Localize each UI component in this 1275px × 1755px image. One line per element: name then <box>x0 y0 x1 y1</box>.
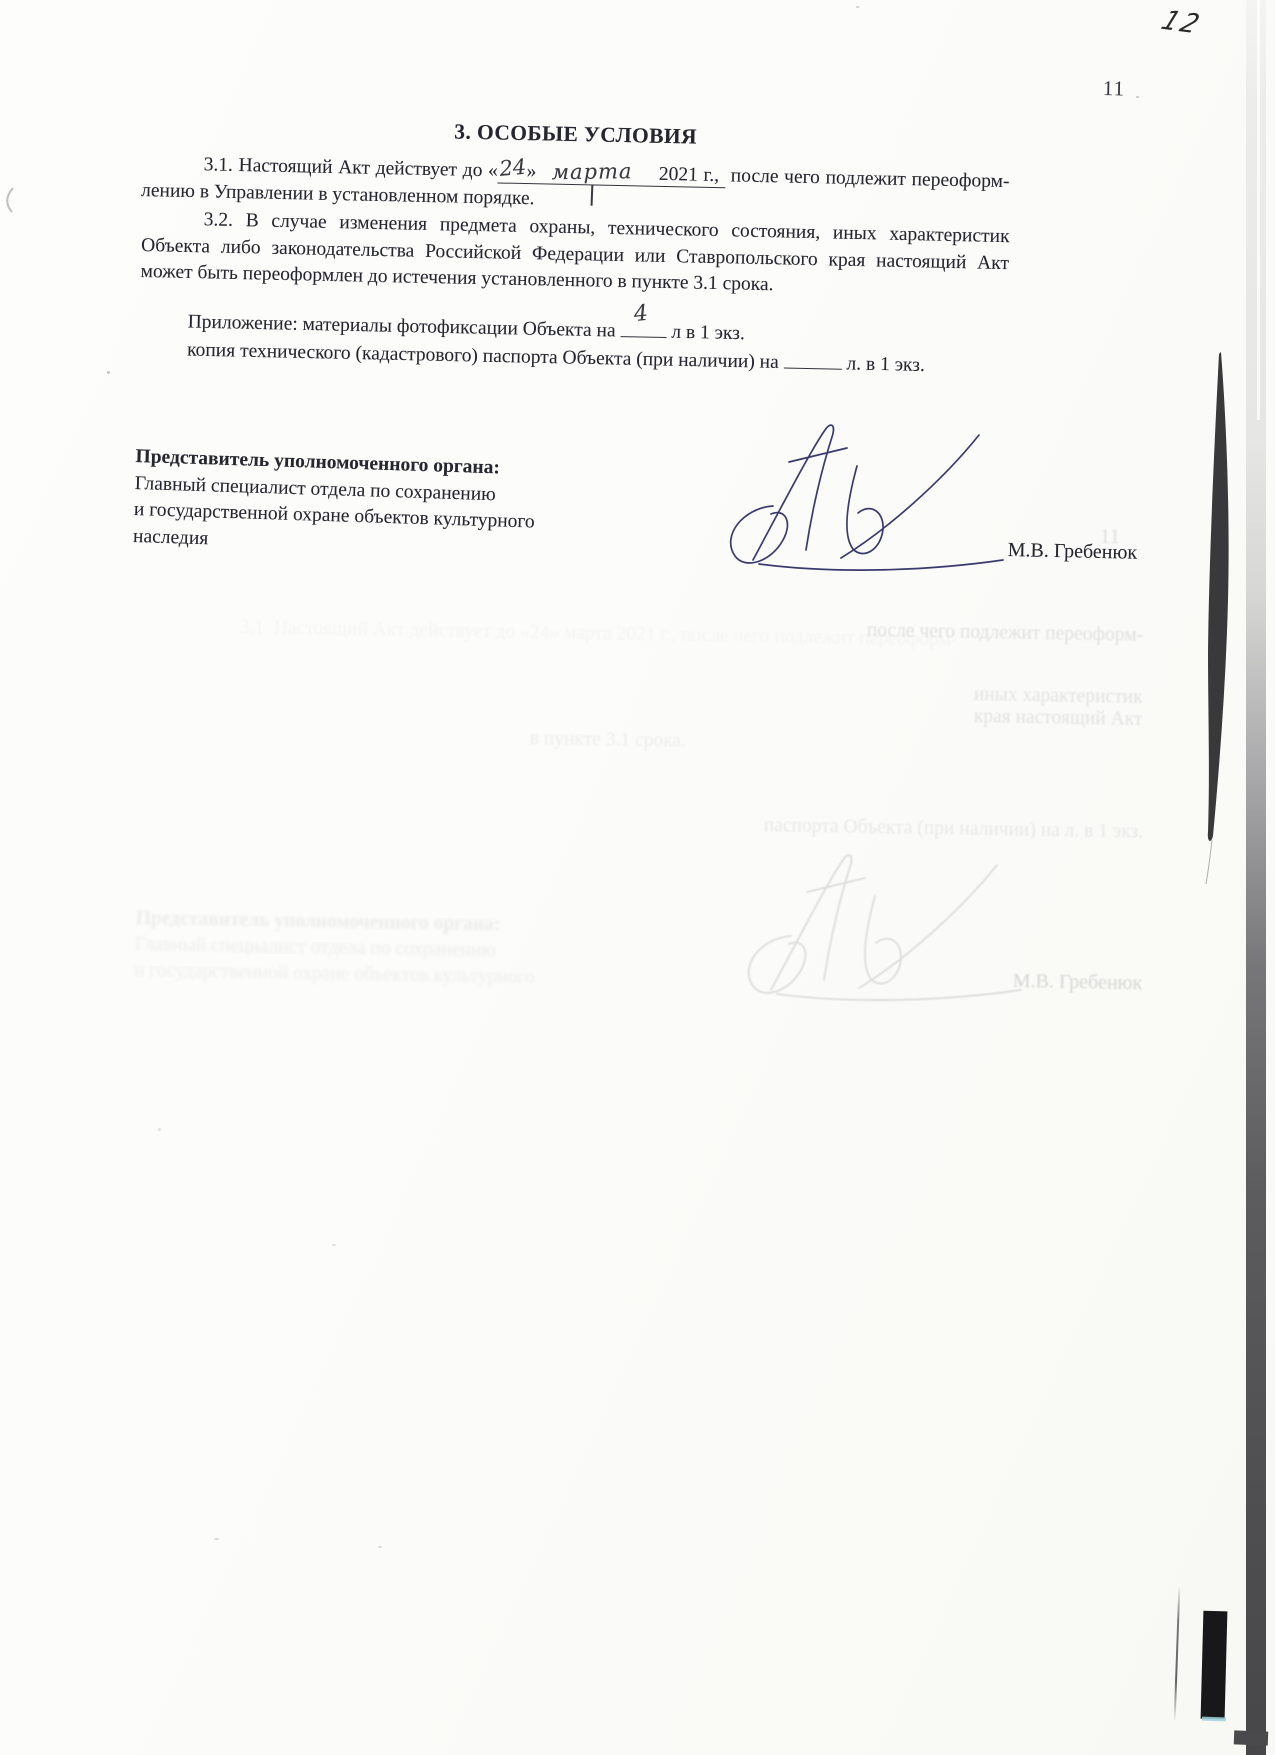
scan-scratch-line <box>1174 1586 1181 1722</box>
clause-3-2: 3.2. В случае изменения предмета охраны,… <box>140 206 1009 304</box>
scan-bottom-edge <box>1234 1730 1268 1745</box>
ghost-signer-position-1: Главный специалист отдела по сохранению <box>135 934 497 962</box>
ghost-clause-3-2-fragment-1: иных характеристик <box>974 684 1143 709</box>
speck-dot <box>107 371 110 374</box>
ghost-signature-heading: Представитель уполномоченного органа: <box>136 908 501 936</box>
year-text: 2021 г., <box>659 164 720 186</box>
speck-dot <box>158 1128 161 1131</box>
handwritten-page-mark-text: 12 <box>1157 6 1207 41</box>
speck-dot <box>214 1538 219 1540</box>
handwritten-day: 24 <box>499 154 528 183</box>
page-curl-tail <box>1206 840 1212 884</box>
handwritten-sheet-count: 4 <box>632 300 649 329</box>
signature-stroke <box>731 425 1003 570</box>
clause-3-1-line-1-pre: 3.1. Настоящий Акт действует до « <box>203 154 498 181</box>
attachment-sheets-blank: 4 <box>620 317 666 337</box>
attachment-pages-blank <box>784 349 842 370</box>
ghost-clause-3-2-fragment-3: в пункте 3.1 срока. <box>530 728 686 753</box>
attachments-line-2-suffix: л. в 1 экз. <box>846 353 925 376</box>
speck-dot <box>1136 96 1139 98</box>
scan-black-mark <box>1201 1611 1228 1720</box>
scan-right-edge-shadow <box>1246 0 1266 1755</box>
margin-pencil-mark <box>7 188 13 212</box>
date-underline: 24» марта2021 г., <box>498 160 726 188</box>
page-number: 11 <box>1102 76 1125 101</box>
scan-black-mark-cyan-edge <box>1202 1717 1226 1722</box>
ghost-page-number: 11 <box>1100 524 1121 549</box>
section-title: 3. ОСОБЫЕ УСЛОВИЯ <box>141 112 1009 157</box>
handwritten-page-mark: 12 <box>1162 8 1201 38</box>
signature-block: Представитель уполномоченного органа: Гл… <box>133 444 696 568</box>
speck-dot <box>856 6 859 8</box>
page-curl-shadow <box>1208 352 1229 841</box>
ghost-signer-name: М.В. Гребенюк <box>1013 970 1143 995</box>
ghost-signature-stroke <box>749 855 1021 1000</box>
scan-edge-highlight <box>1257 0 1260 420</box>
handwritten-month: марта <box>542 158 659 186</box>
scanned-document-page: 12 11 3. ОСОБЫЕ УСЛОВИЯ 3.1. Настоящий А… <box>0 0 1275 1755</box>
ghost-clause-3-2-fragment-2: края настоящий Акт <box>974 706 1143 731</box>
ghost-attachments-fragment: паспорта Объекта (при наличии) на л. в 1… <box>763 815 1143 844</box>
closing-guillemet: » <box>526 161 542 182</box>
ghost-clause-3-1-line: 3.1. Настоящий Акт действует до «24» мар… <box>240 617 958 652</box>
speck-dot <box>378 1546 382 1548</box>
attachments-block: Приложение: материалы фотофиксации Объек… <box>187 308 1018 381</box>
ghost-signer-position-2: и государственной охране объектов культу… <box>134 960 535 989</box>
clause-3-1-line-1-post: после чего подлежит переоформ- <box>731 165 1010 192</box>
speck-dot <box>332 1244 336 1246</box>
attachments-line-1-suffix: л в 1 экз. <box>671 322 745 345</box>
